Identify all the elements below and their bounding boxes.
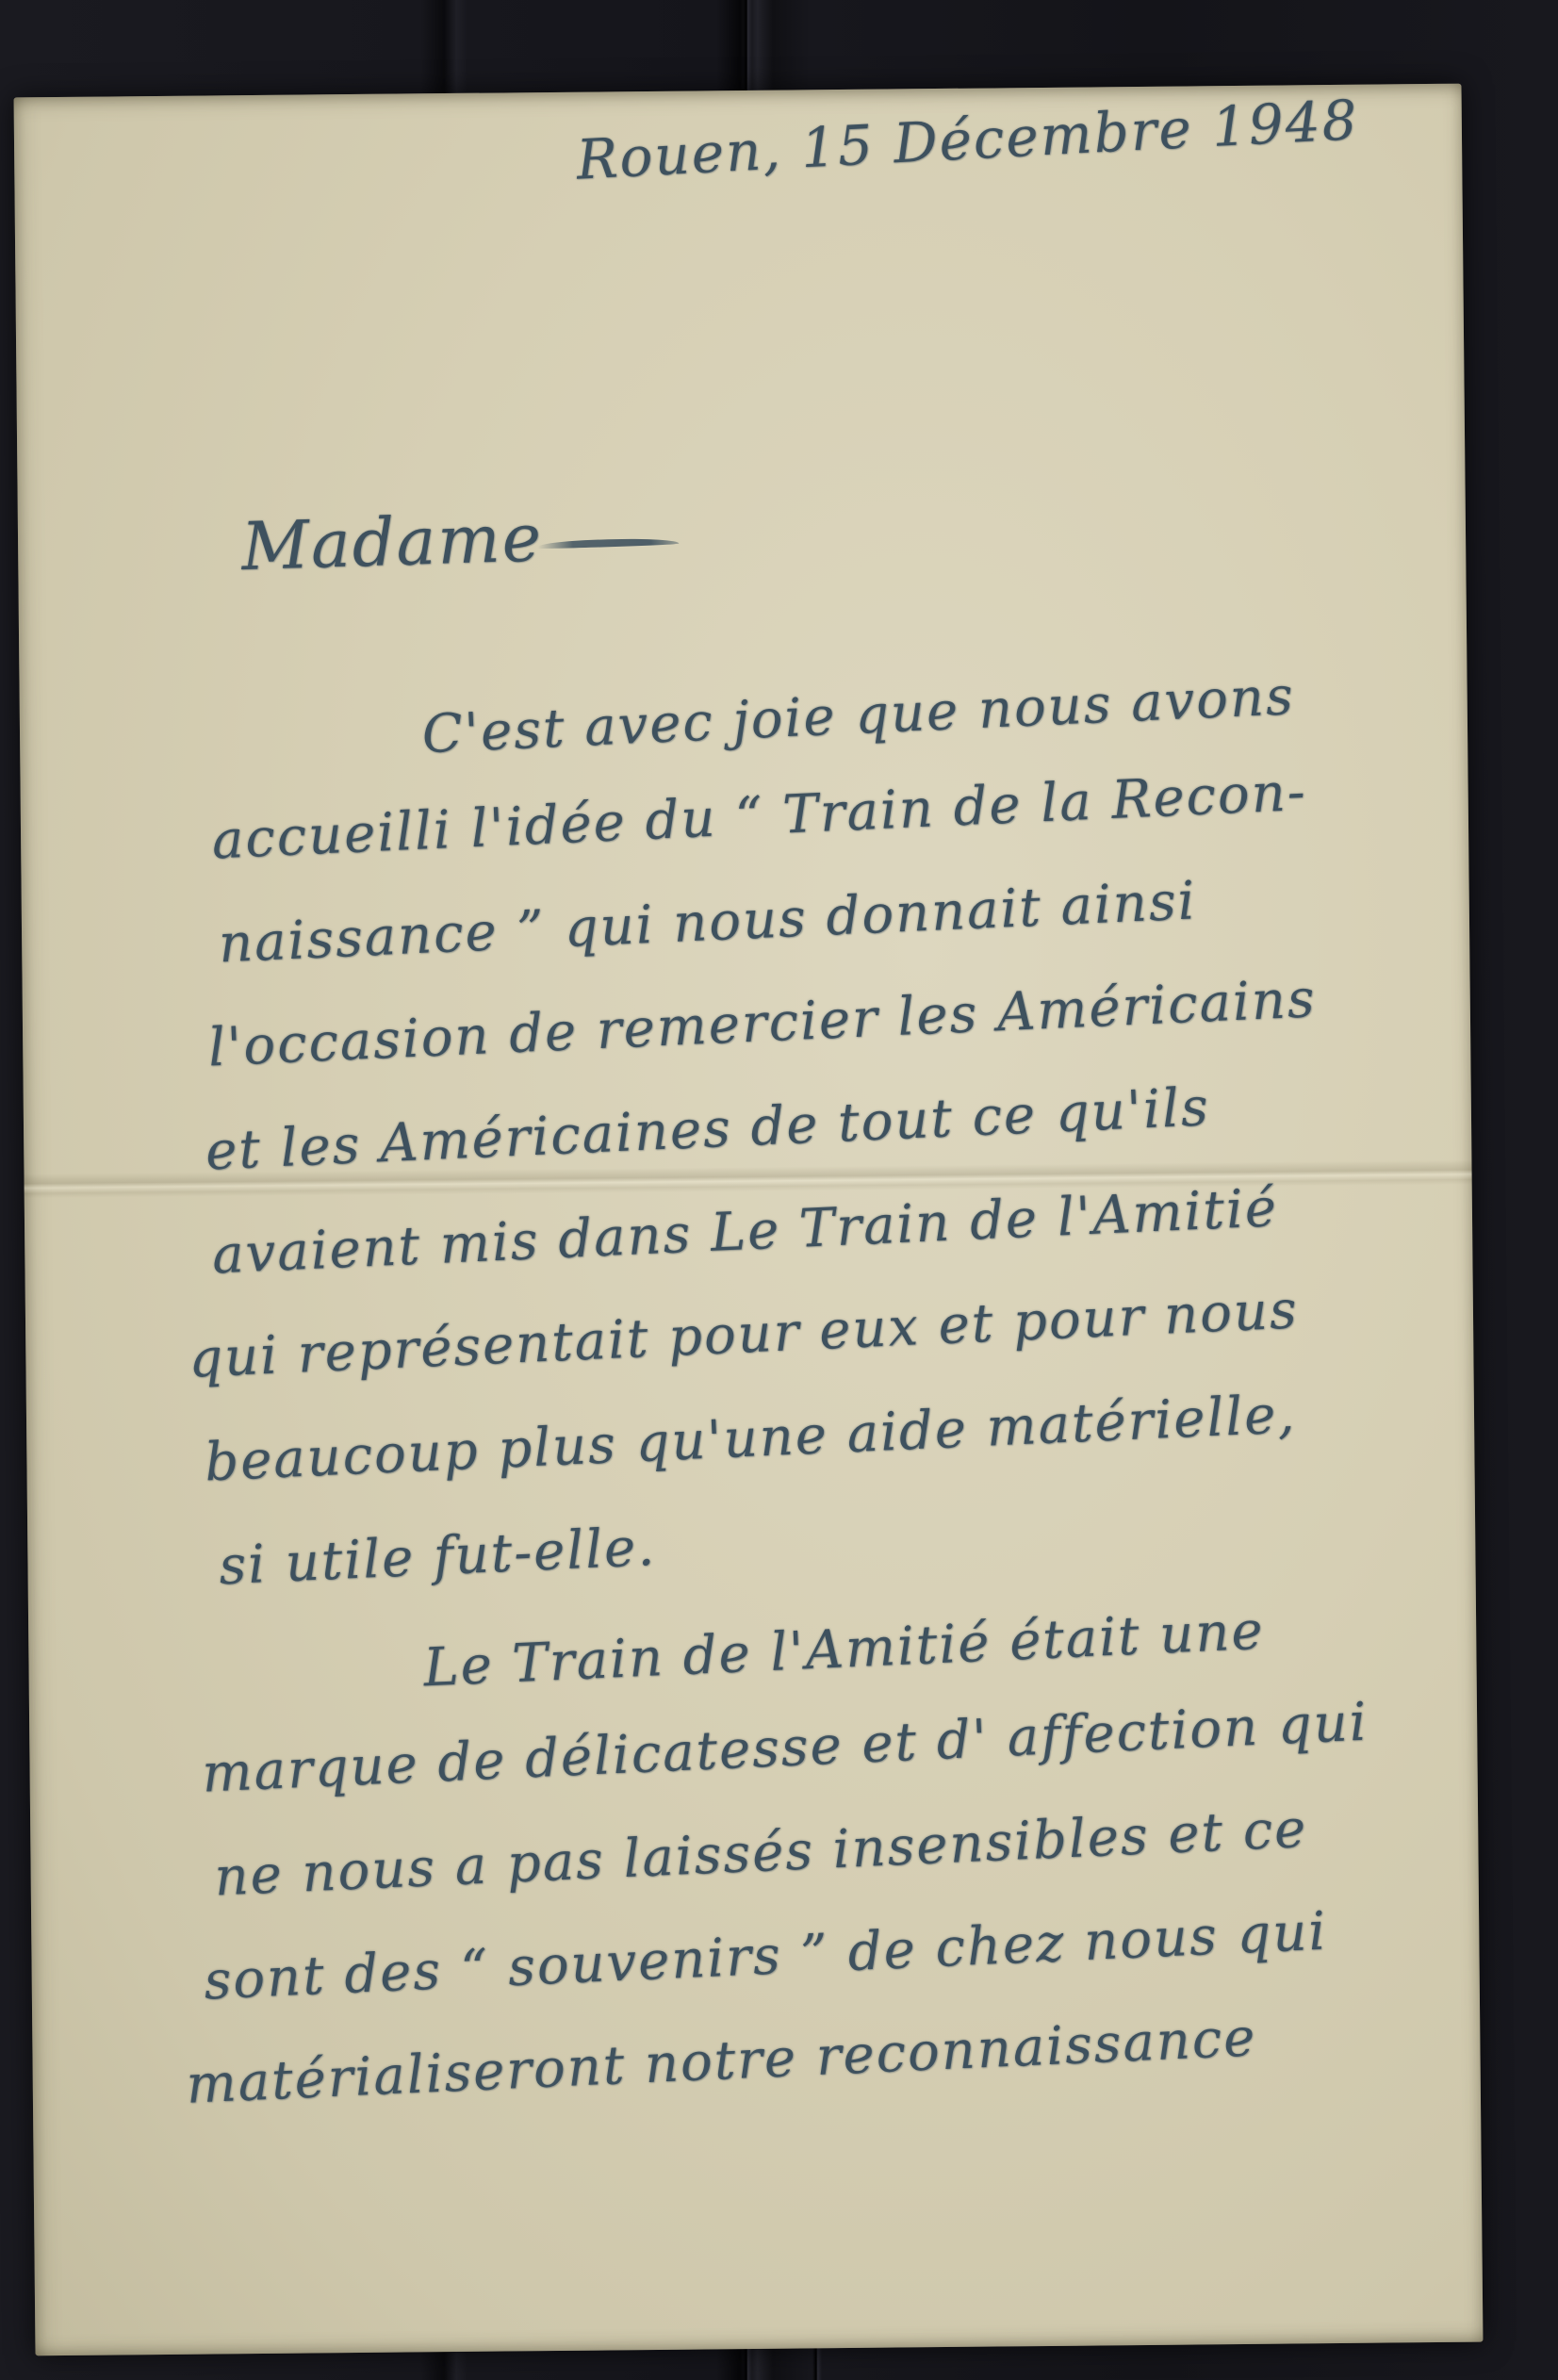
letter-line: sont des “ souvenirs ” de chez nous qui xyxy=(203,1901,1328,2012)
letter-line: marque de délicatesse et d' affection qu… xyxy=(201,1692,1369,1805)
letter-line: et les Américaines de tout ce qu'ils xyxy=(205,1076,1211,1182)
letter-line: qui représentait pour eux et pour nous xyxy=(188,1279,1300,1389)
letter-dateline: Rouen, 15 Décembre 1948 xyxy=(575,88,1360,192)
letter-line: C'est avec joie que nous avons xyxy=(420,665,1295,765)
letter-line: Le Train de l'Amitié était une xyxy=(422,1600,1266,1699)
letter-line: naissance ” qui nous donnait ainsi xyxy=(218,870,1198,975)
letter-line: avaient mis dans Le Train de l'Amitié xyxy=(211,1177,1280,1286)
pen-flourish xyxy=(537,537,679,550)
letter-line: matérialiseront notre reconnaissance xyxy=(185,2007,1257,2116)
letter-line: ne nous a pas laissés insensibles et ce xyxy=(213,1798,1308,1909)
salutation-text: Madame xyxy=(240,499,544,585)
letter-line: si utile fut-elle. xyxy=(218,1517,657,1598)
letter-line: l'occasion de remercier les Américains xyxy=(207,968,1318,1078)
letter-salutation: Madame xyxy=(240,495,680,585)
letter-sheet: Rouen, 15 Décembre 1948 Madame C'est ave… xyxy=(14,84,1484,2356)
photograph-background: Rouen, 15 Décembre 1948 Madame C'est ave… xyxy=(0,0,1558,2380)
letter-line: beaucoup plus qu'une aide matérielle, xyxy=(204,1384,1298,1493)
letter-line: accueilli l'idée du “ Train de la Recon- xyxy=(211,762,1308,872)
